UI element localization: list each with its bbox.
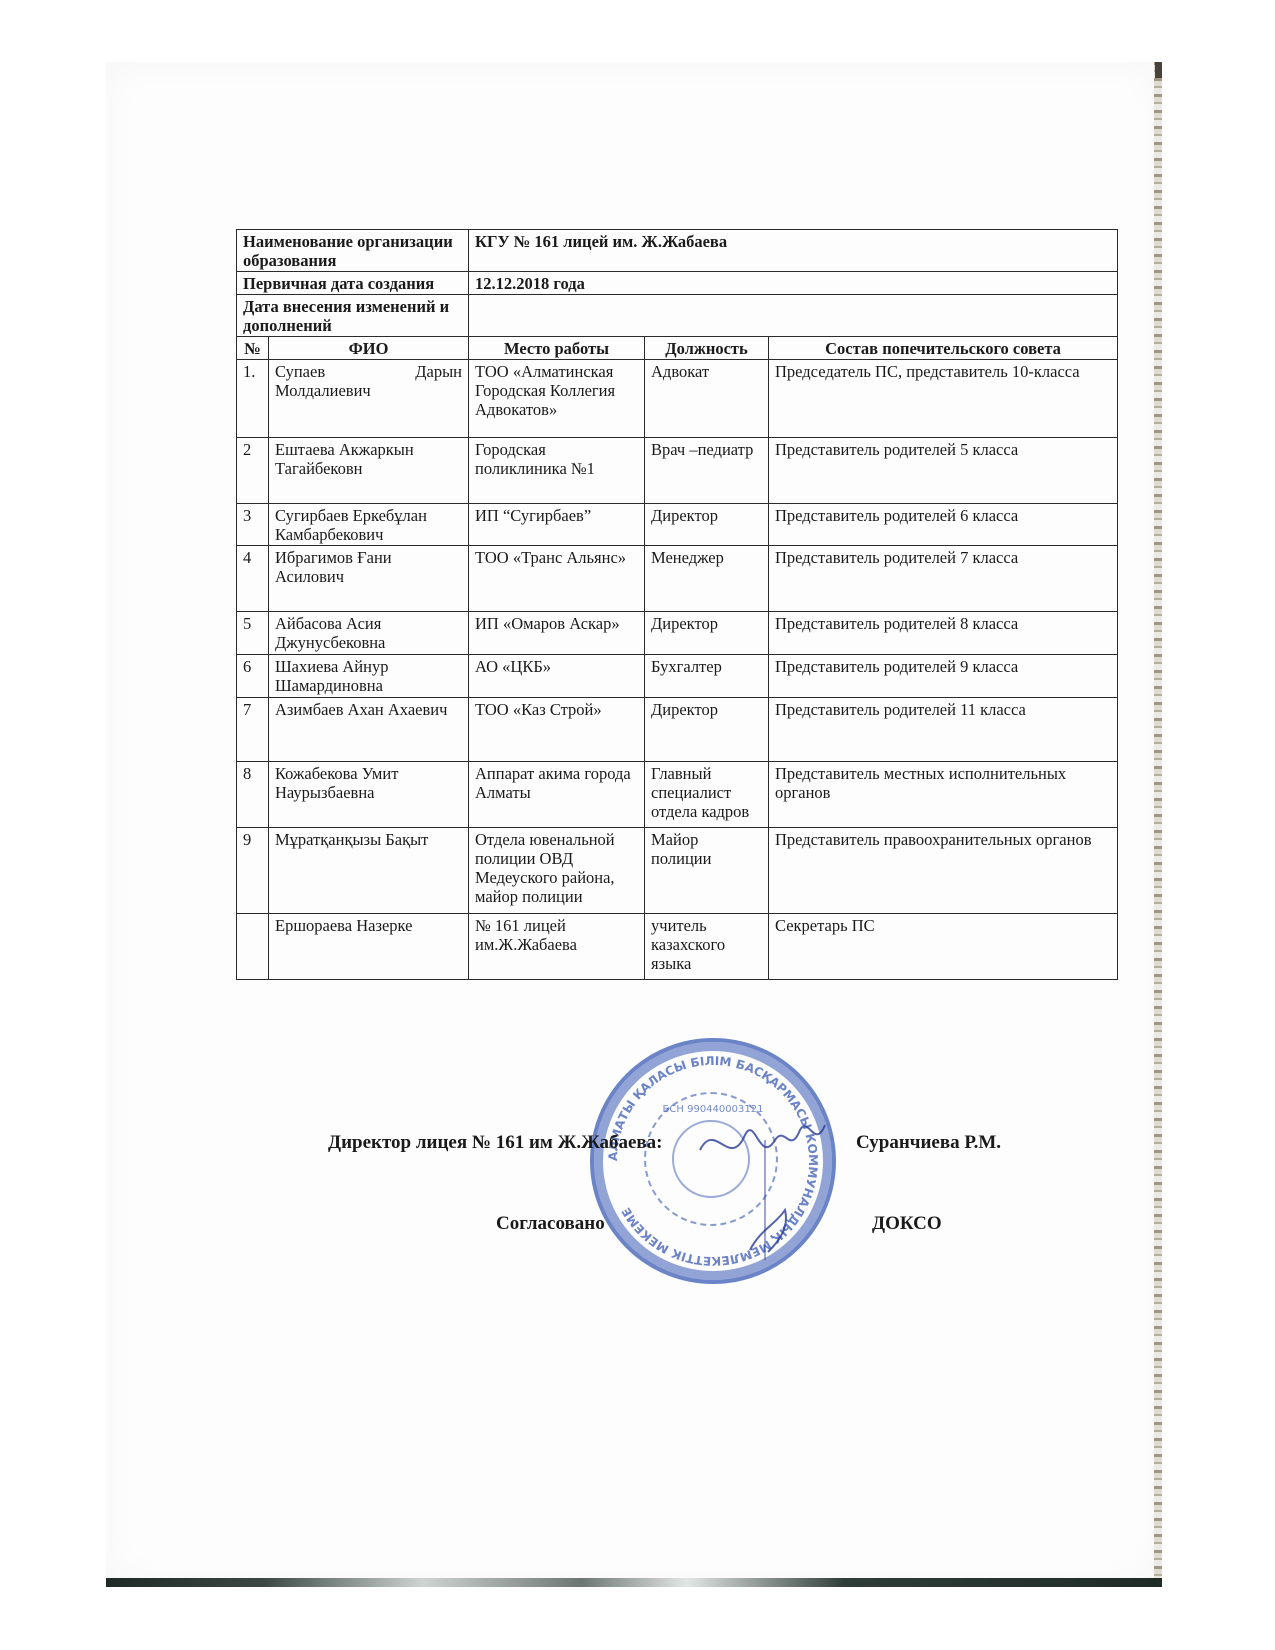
row-num: 6 — [237, 655, 269, 698]
row-role: Представитель местных исполнительных орг… — [769, 762, 1118, 828]
table-row: 8 Кожабекова Умит Наурызбаевна Аппарат а… — [237, 762, 1118, 828]
org-value: КГУ № 161 лицей им. Ж.Жабаева — [469, 230, 1118, 272]
row-work: ТОО «Каз Строй» — [469, 698, 645, 762]
table-row: 9 Мұратқанқызы Бақыт Отдела ювенальной п… — [237, 828, 1118, 914]
row-position: Майор полиции — [645, 828, 769, 914]
row-num: 3 — [237, 504, 269, 546]
page-edge-corner — [1155, 62, 1162, 78]
row-work: ИП «Омаров Аскар» — [469, 612, 645, 655]
row-num — [237, 914, 269, 980]
table-header: № ФИО Место работы Должность Состав попе… — [237, 337, 1118, 360]
row-work: Городская поликлиника №1 — [469, 438, 645, 504]
row-position: Адвокат — [645, 360, 769, 438]
row-name: Кожабекова Умит Наурызбаевна — [269, 762, 469, 828]
row-role: Представитель родителей 9 класса — [769, 655, 1118, 698]
row-role: Председатель ПС, представитель 10-класса — [769, 360, 1118, 438]
row-role: Представитель родителей 7 класса — [769, 546, 1118, 612]
row-role: Представитель родителей 6 класса — [769, 504, 1118, 546]
header-position: Должность — [645, 337, 769, 360]
director-label: Директор лицея № 161 им Ж.Жабаева: — [328, 1132, 663, 1154]
row-position: Директор — [645, 612, 769, 655]
row-role: Представитель родителей 8 класса — [769, 612, 1118, 655]
row-role: Представитель правоохранительных органов — [769, 828, 1118, 914]
row-name: Ершораева Назерке — [269, 914, 469, 980]
table-row: 6 Шахиева Айнур Шамардиновна АО «ЦКБ» Бу… — [237, 655, 1118, 698]
row-role: Секретарь ПС — [769, 914, 1118, 980]
row-name: СупаевДарын Молдалиевич — [269, 360, 469, 438]
table-row: 4 Ибрагимов Ғани Асилович ТОО «Транс Аль… — [237, 546, 1118, 612]
row-work: Аппарат акима города Алматы — [469, 762, 645, 828]
row-position: Директор — [645, 504, 769, 546]
row-role: Представитель родителей 5 класса — [769, 438, 1118, 504]
row-position: учитель казахского языка — [645, 914, 769, 980]
table-row: 7 Азимбаев Ахан Ахаевич ТОО «Каз Строй» … — [237, 698, 1118, 762]
header-work: Место работы — [469, 337, 645, 360]
changes-label: Дата внесения изменений и дополнений — [237, 295, 469, 337]
row-position: Менеджер — [645, 546, 769, 612]
table-row: Ершораева Назерке № 161 лицей им.Ж.Жабае… — [237, 914, 1118, 980]
signature-icon — [690, 1110, 830, 1260]
row-position: Главный специалист отдела кадров — [645, 762, 769, 828]
row-work: ТОО «Транс Альянс» — [469, 546, 645, 612]
row-name: Мұратқанқызы Бақыт — [269, 828, 469, 914]
row-num: 4 — [237, 546, 269, 612]
row-position: Врач –педиатр — [645, 438, 769, 504]
trustee-council-table: Наименование организации образования КГУ… — [236, 229, 1118, 980]
table-row: 3 Сугирбаев Еркебұлан Камбарбекович ИП “… — [237, 504, 1118, 546]
row-num: 2 — [237, 438, 269, 504]
header-role: Состав попечительского совета — [769, 337, 1118, 360]
row-work: ИП “Сугирбаев” — [469, 504, 645, 546]
created-row: Первичная дата создания 12.12.2018 года — [237, 272, 1118, 295]
page-edge-bottom — [106, 1578, 1162, 1587]
row-name: Ибрагимов Ғани Асилович — [269, 546, 469, 612]
created-label: Первичная дата создания — [237, 272, 469, 295]
approved-label: Согласовано — [496, 1213, 605, 1235]
table-row: 1. СупаевДарын Молдалиевич ТОО «Алматинс… — [237, 360, 1118, 438]
row-num: 8 — [237, 762, 269, 828]
row-num: 7 — [237, 698, 269, 762]
org-row: Наименование организации образования КГУ… — [237, 230, 1118, 272]
row-position: Директор — [645, 698, 769, 762]
row-name: Ештаева Акжаркын Тагайбековн — [269, 438, 469, 504]
row-name: Шахиева Айнур Шамардиновна — [269, 655, 469, 698]
row-work: Отдела ювенальной полиции ОВД Медеуского… — [469, 828, 645, 914]
row-work: № 161 лицей им.Ж.Жабаева — [469, 914, 645, 980]
row-name: Сугирбаев Еркебұлан Камбарбекович — [269, 504, 469, 546]
row-role: Представитель родителей 11 класса — [769, 698, 1118, 762]
row-position: Бухгалтер — [645, 655, 769, 698]
row-num: 9 — [237, 828, 269, 914]
header-name: ФИО — [269, 337, 469, 360]
header-num: № — [237, 337, 269, 360]
row-work: ТОО «Алматинская Городская Коллегия Адво… — [469, 360, 645, 438]
created-value: 12.12.2018 года — [469, 272, 1118, 295]
changes-value — [469, 295, 1118, 337]
org-label: Наименование организации образования — [237, 230, 469, 272]
row-work: АО «ЦКБ» — [469, 655, 645, 698]
row-num: 1. — [237, 360, 269, 438]
table-row: 2 Ештаева Акжаркын Тагайбековн Городская… — [237, 438, 1118, 504]
row-name: Айбасова Асия Джунусбековна — [269, 612, 469, 655]
approved-by: ДОКСО — [872, 1213, 942, 1235]
director-name: Суранчиева Р.М. — [856, 1132, 1001, 1154]
table-row: 5 Айбасова Асия Джунусбековна ИП «Омаров… — [237, 612, 1118, 655]
row-name: Азимбаев Ахан Ахаевич — [269, 698, 469, 762]
changes-row: Дата внесения изменений и дополнений — [237, 295, 1118, 337]
row-num: 5 — [237, 612, 269, 655]
page-edge-right — [1154, 62, 1162, 1584]
